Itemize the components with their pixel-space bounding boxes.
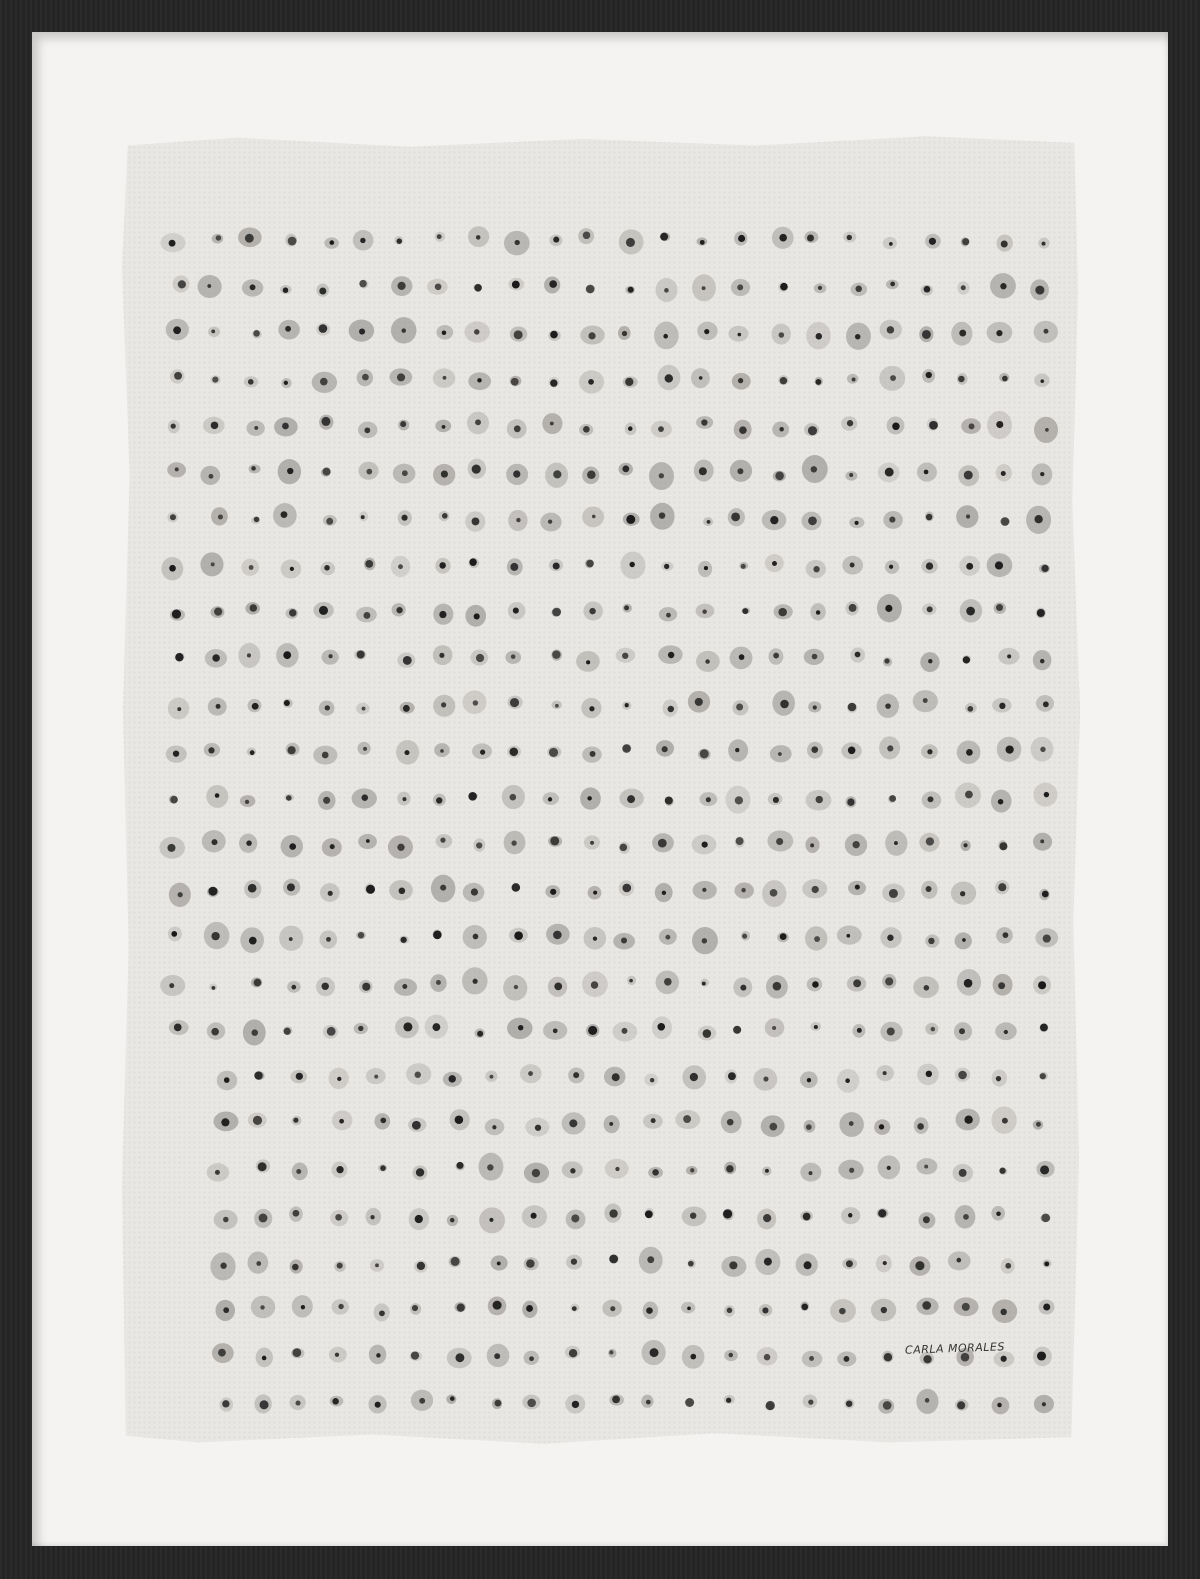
- artwork-paper: CARLA MORALES: [122, 135, 1080, 1445]
- ink-dot-grid: [122, 135, 1080, 1445]
